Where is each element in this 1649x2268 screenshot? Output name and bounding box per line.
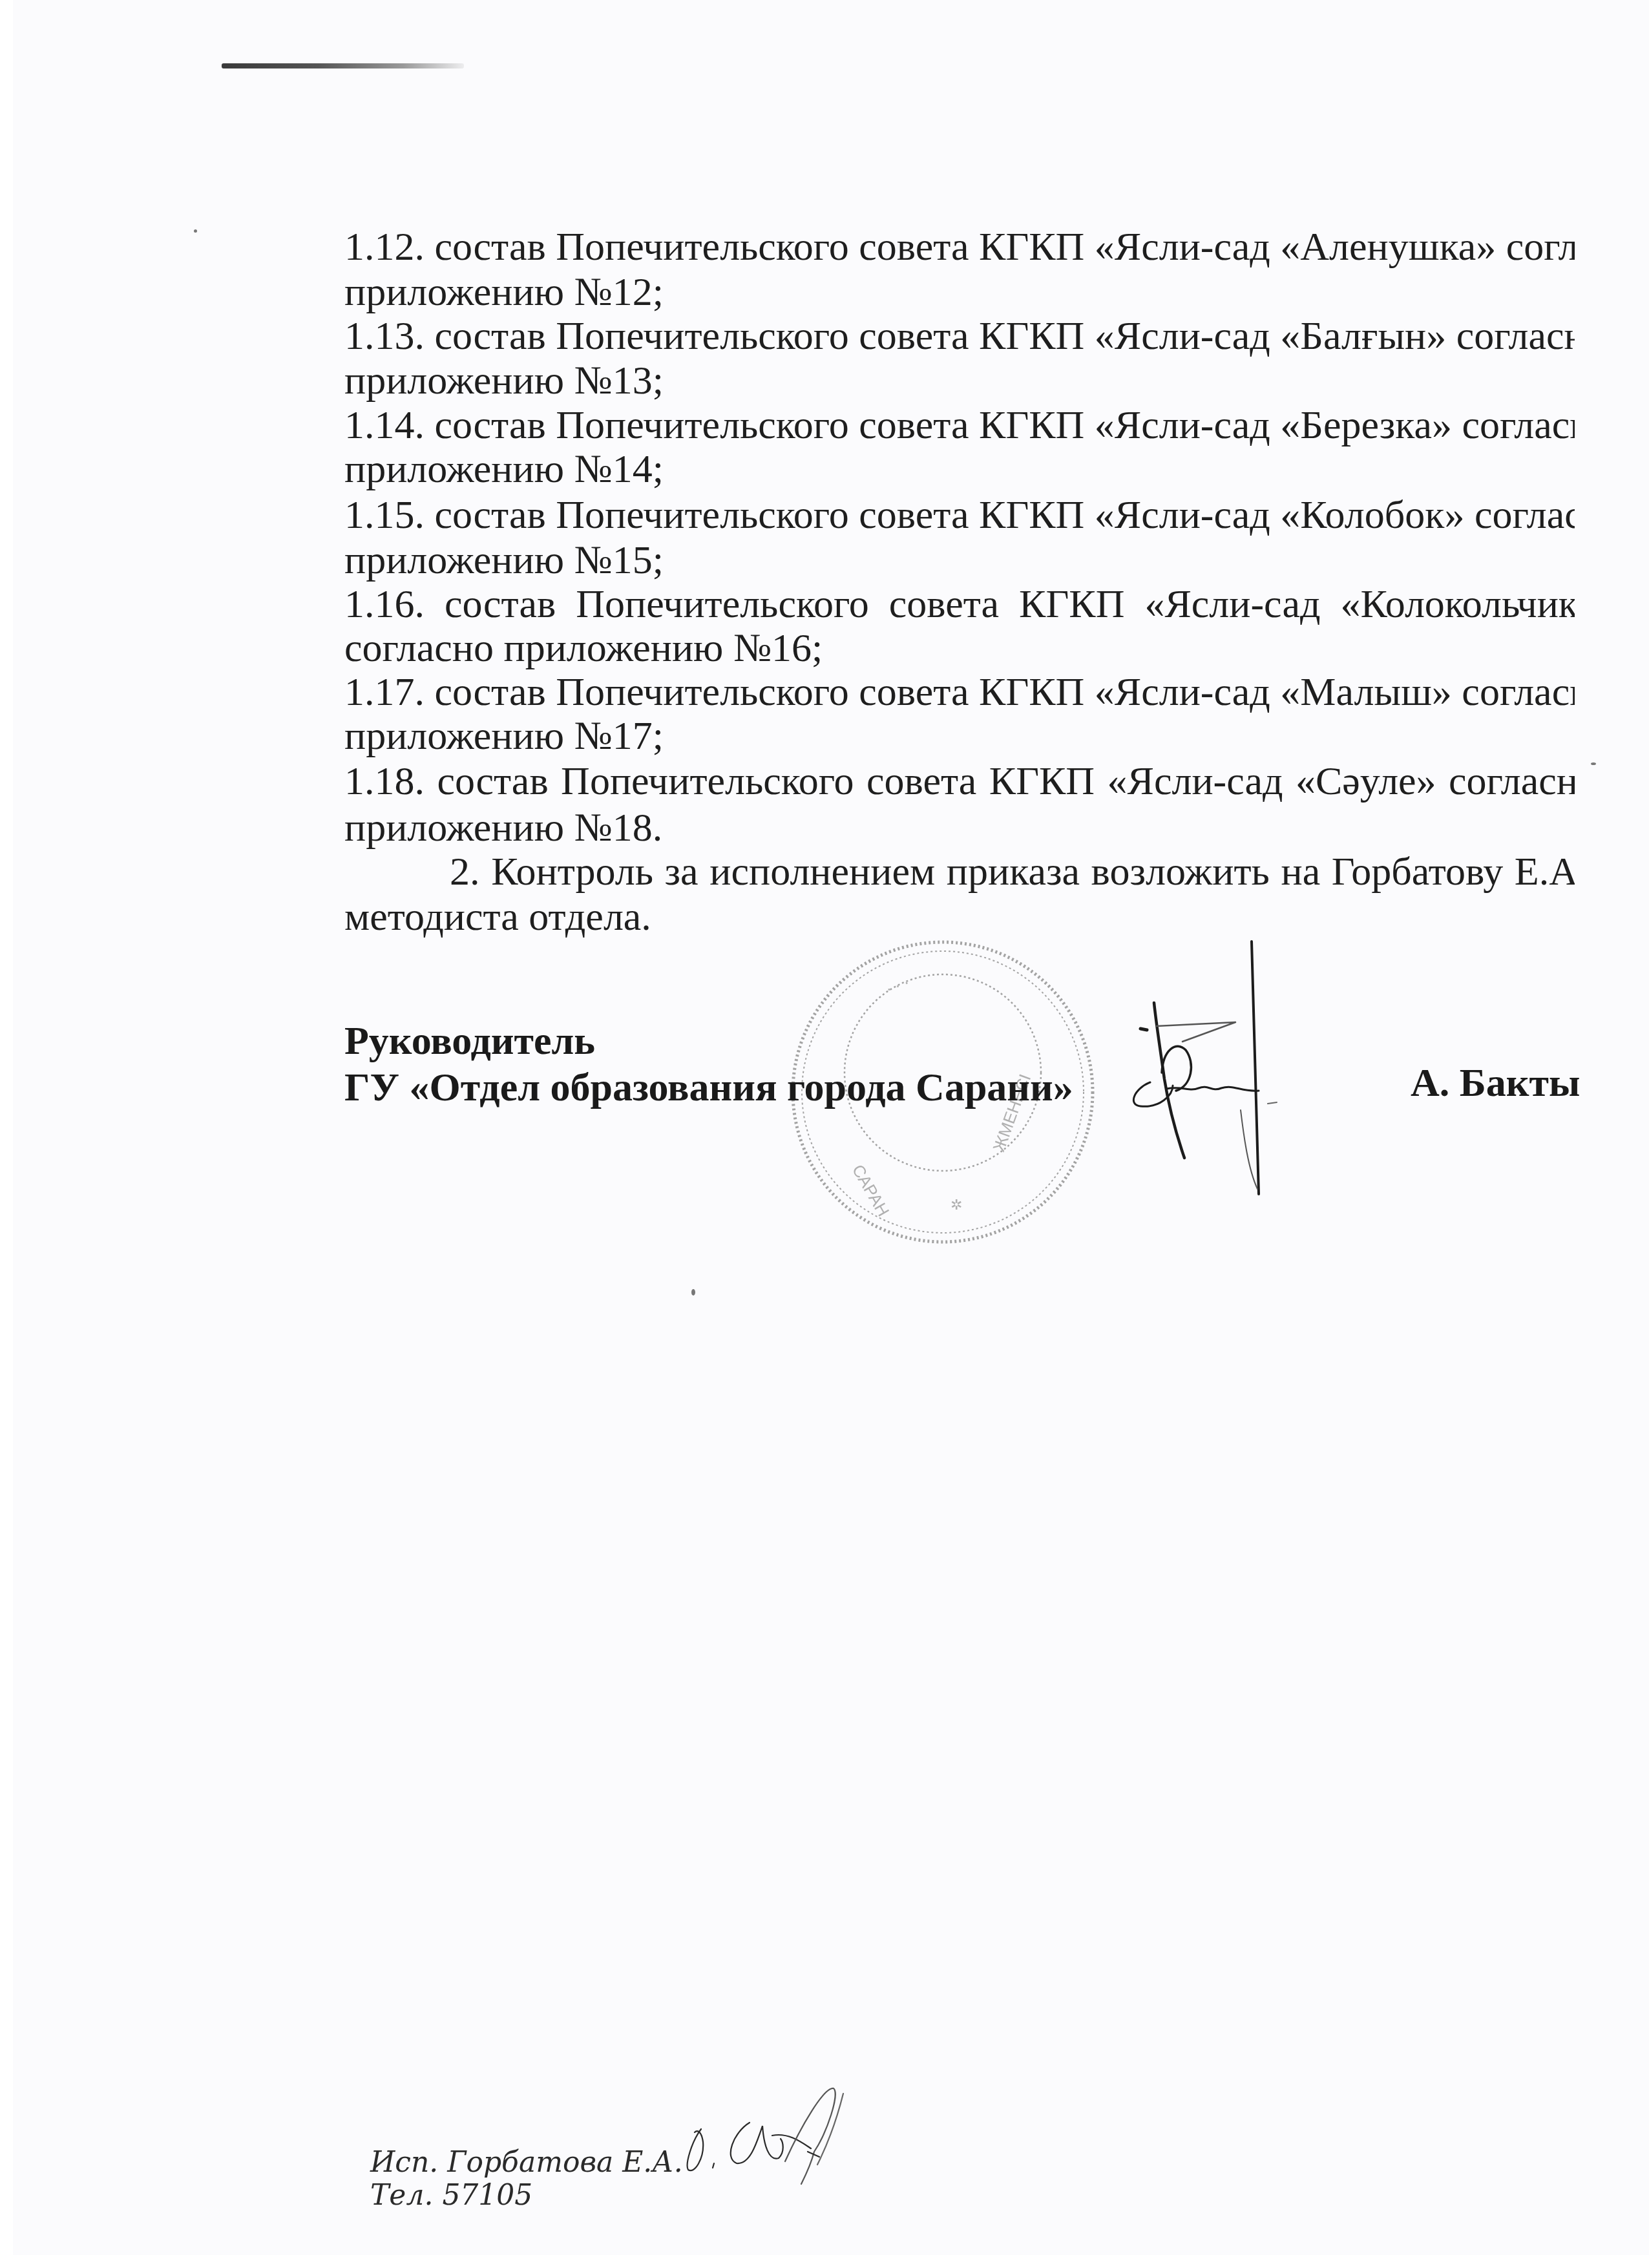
signer-position: Руководитель	[344, 1021, 595, 1061]
executor-name: Исп. Горбатова Е.А.	[370, 2148, 683, 2177]
scan-speck	[691, 1289, 695, 1296]
signature-block: Руководитель ГУ «Отдел образования город…	[0, 0, 1649, 2268]
executor-phone: Тел. 57105	[370, 2181, 532, 2210]
signer-organization: ГУ «Отдел образования города Сарани»	[344, 1067, 1073, 1108]
executor-initials-signature	[672, 2081, 853, 2197]
scan-speck	[194, 229, 197, 233]
handwritten-signature	[1111, 930, 1318, 1215]
signer-name: А. Бакты	[1411, 1063, 1580, 1103]
scan-speck	[1591, 762, 1596, 765]
